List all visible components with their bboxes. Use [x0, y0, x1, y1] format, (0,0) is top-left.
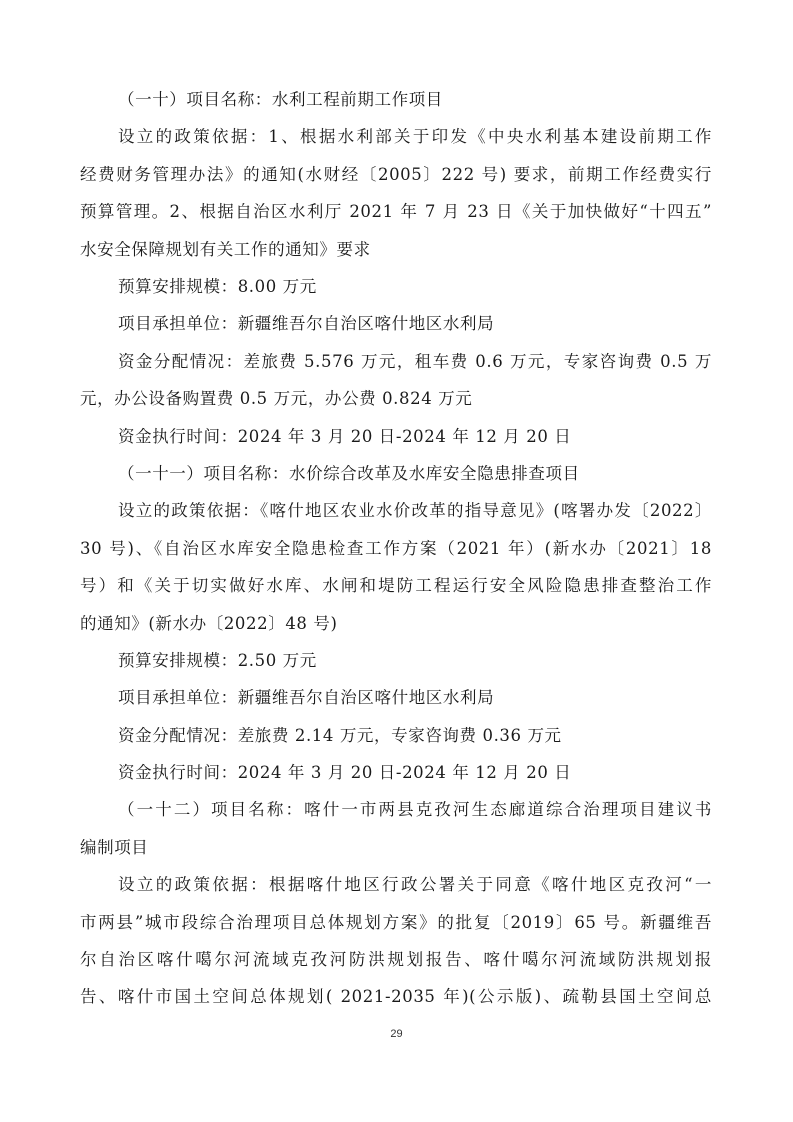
section-10-title: （一十）项目名称：水利工程前期工作项目 [118, 87, 712, 113]
section-11-responsible-unit: 项目承担单位：新疆维吾尔自治区喀什地区水利局 [118, 685, 712, 711]
document-page: （一十）项目名称：水利工程前期工作项目 设立的政策依据：1、根据水利部关于印发《… [0, 0, 793, 1122]
section-10-fund-allocation-cont: 元，办公设备购置费 0.5 万元，办公费 0.824 万元 [80, 386, 712, 412]
section-11-fund-allocation: 资金分配情况：差旅费 2.14 万元，专家咨询费 0.36 万元 [118, 723, 712, 749]
section-10-fund-allocation: 资金分配情况：差旅费 5.576 万元，租车费 0.6 万元，专家咨询费 0.5… [118, 349, 712, 375]
section-12-title: （一十二）项目名称：喀什一市两县克孜河生态廊道综合治理项目建议书 [118, 797, 712, 823]
section-11-policy-basis: 设立的政策依据：《喀什地区农业水价改革的指导意见》(喀署办发〔2022〕 [118, 498, 712, 524]
section-12-policy-basis-cont: 告、喀什市国土空间总体规划( 2021-2035 年)(公示版)、疏勒县国土空间… [80, 984, 712, 1010]
section-12-policy-basis: 设立的政策依据：根据喀什地区行政公署关于同意《喀什地区克孜河“一 [118, 872, 712, 898]
section-10-policy-basis-cont: 水安全保障规划有关工作的通知》要求 [80, 237, 712, 263]
section-10-policy-basis: 设立的政策依据：1、根据水利部关于印发《中央水利基本建设前期工作 [118, 124, 712, 150]
section-10-policy-basis-cont: 经费财务管理办法》的通知(水财经〔2005〕222 号) 要求，前期工作经费实行 [80, 162, 712, 188]
section-10-execution-period: 资金执行时间：2024 年 3 月 20 日-2024 年 12 月 20 日 [118, 424, 712, 450]
section-12-policy-basis-cont: 尔自治区喀什噶尔河流域克孜河防洪规划报告、喀什噶尔河流域防洪规划报 [80, 947, 712, 973]
section-10-responsible-unit: 项目承担单位：新疆维吾尔自治区喀什地区水利局 [118, 311, 712, 337]
section-11-policy-basis-cont: 30 号)、《自治区水库安全隐患检查工作方案（2021 年）(新水办〔2021〕… [80, 536, 712, 562]
section-11-policy-basis-cont: 的通知》(新水办〔2022〕48 号) [80, 611, 712, 637]
section-10-policy-basis-cont: 预算管理。2、根据自治区水利厅 2021 年 7 月 23 日《关于加快做好“十… [80, 199, 712, 225]
section-11-policy-basis-cont: 号）和《关于切实做好水库、水闸和堤防工程运行安全风险隐患排查整治工作 [80, 573, 712, 599]
section-10-budget-scale: 预算安排规模：8.00 万元 [118, 274, 712, 300]
page-number: 29 [0, 1028, 793, 1040]
section-11-budget-scale: 预算安排规模：2.50 万元 [118, 648, 712, 674]
section-12-policy-basis-cont: 市两县”城市段综合治理项目总体规划方案》的批复〔2019〕65 号。新疆维吾 [80, 910, 712, 936]
section-11-title: （一十一）项目名称：水价综合改革及水库安全隐患排查项目 [118, 461, 712, 487]
section-11-execution-period: 资金执行时间：2024 年 3 月 20 日-2024 年 12 月 20 日 [118, 760, 712, 786]
section-12-title-cont: 编制项目 [80, 835, 712, 861]
